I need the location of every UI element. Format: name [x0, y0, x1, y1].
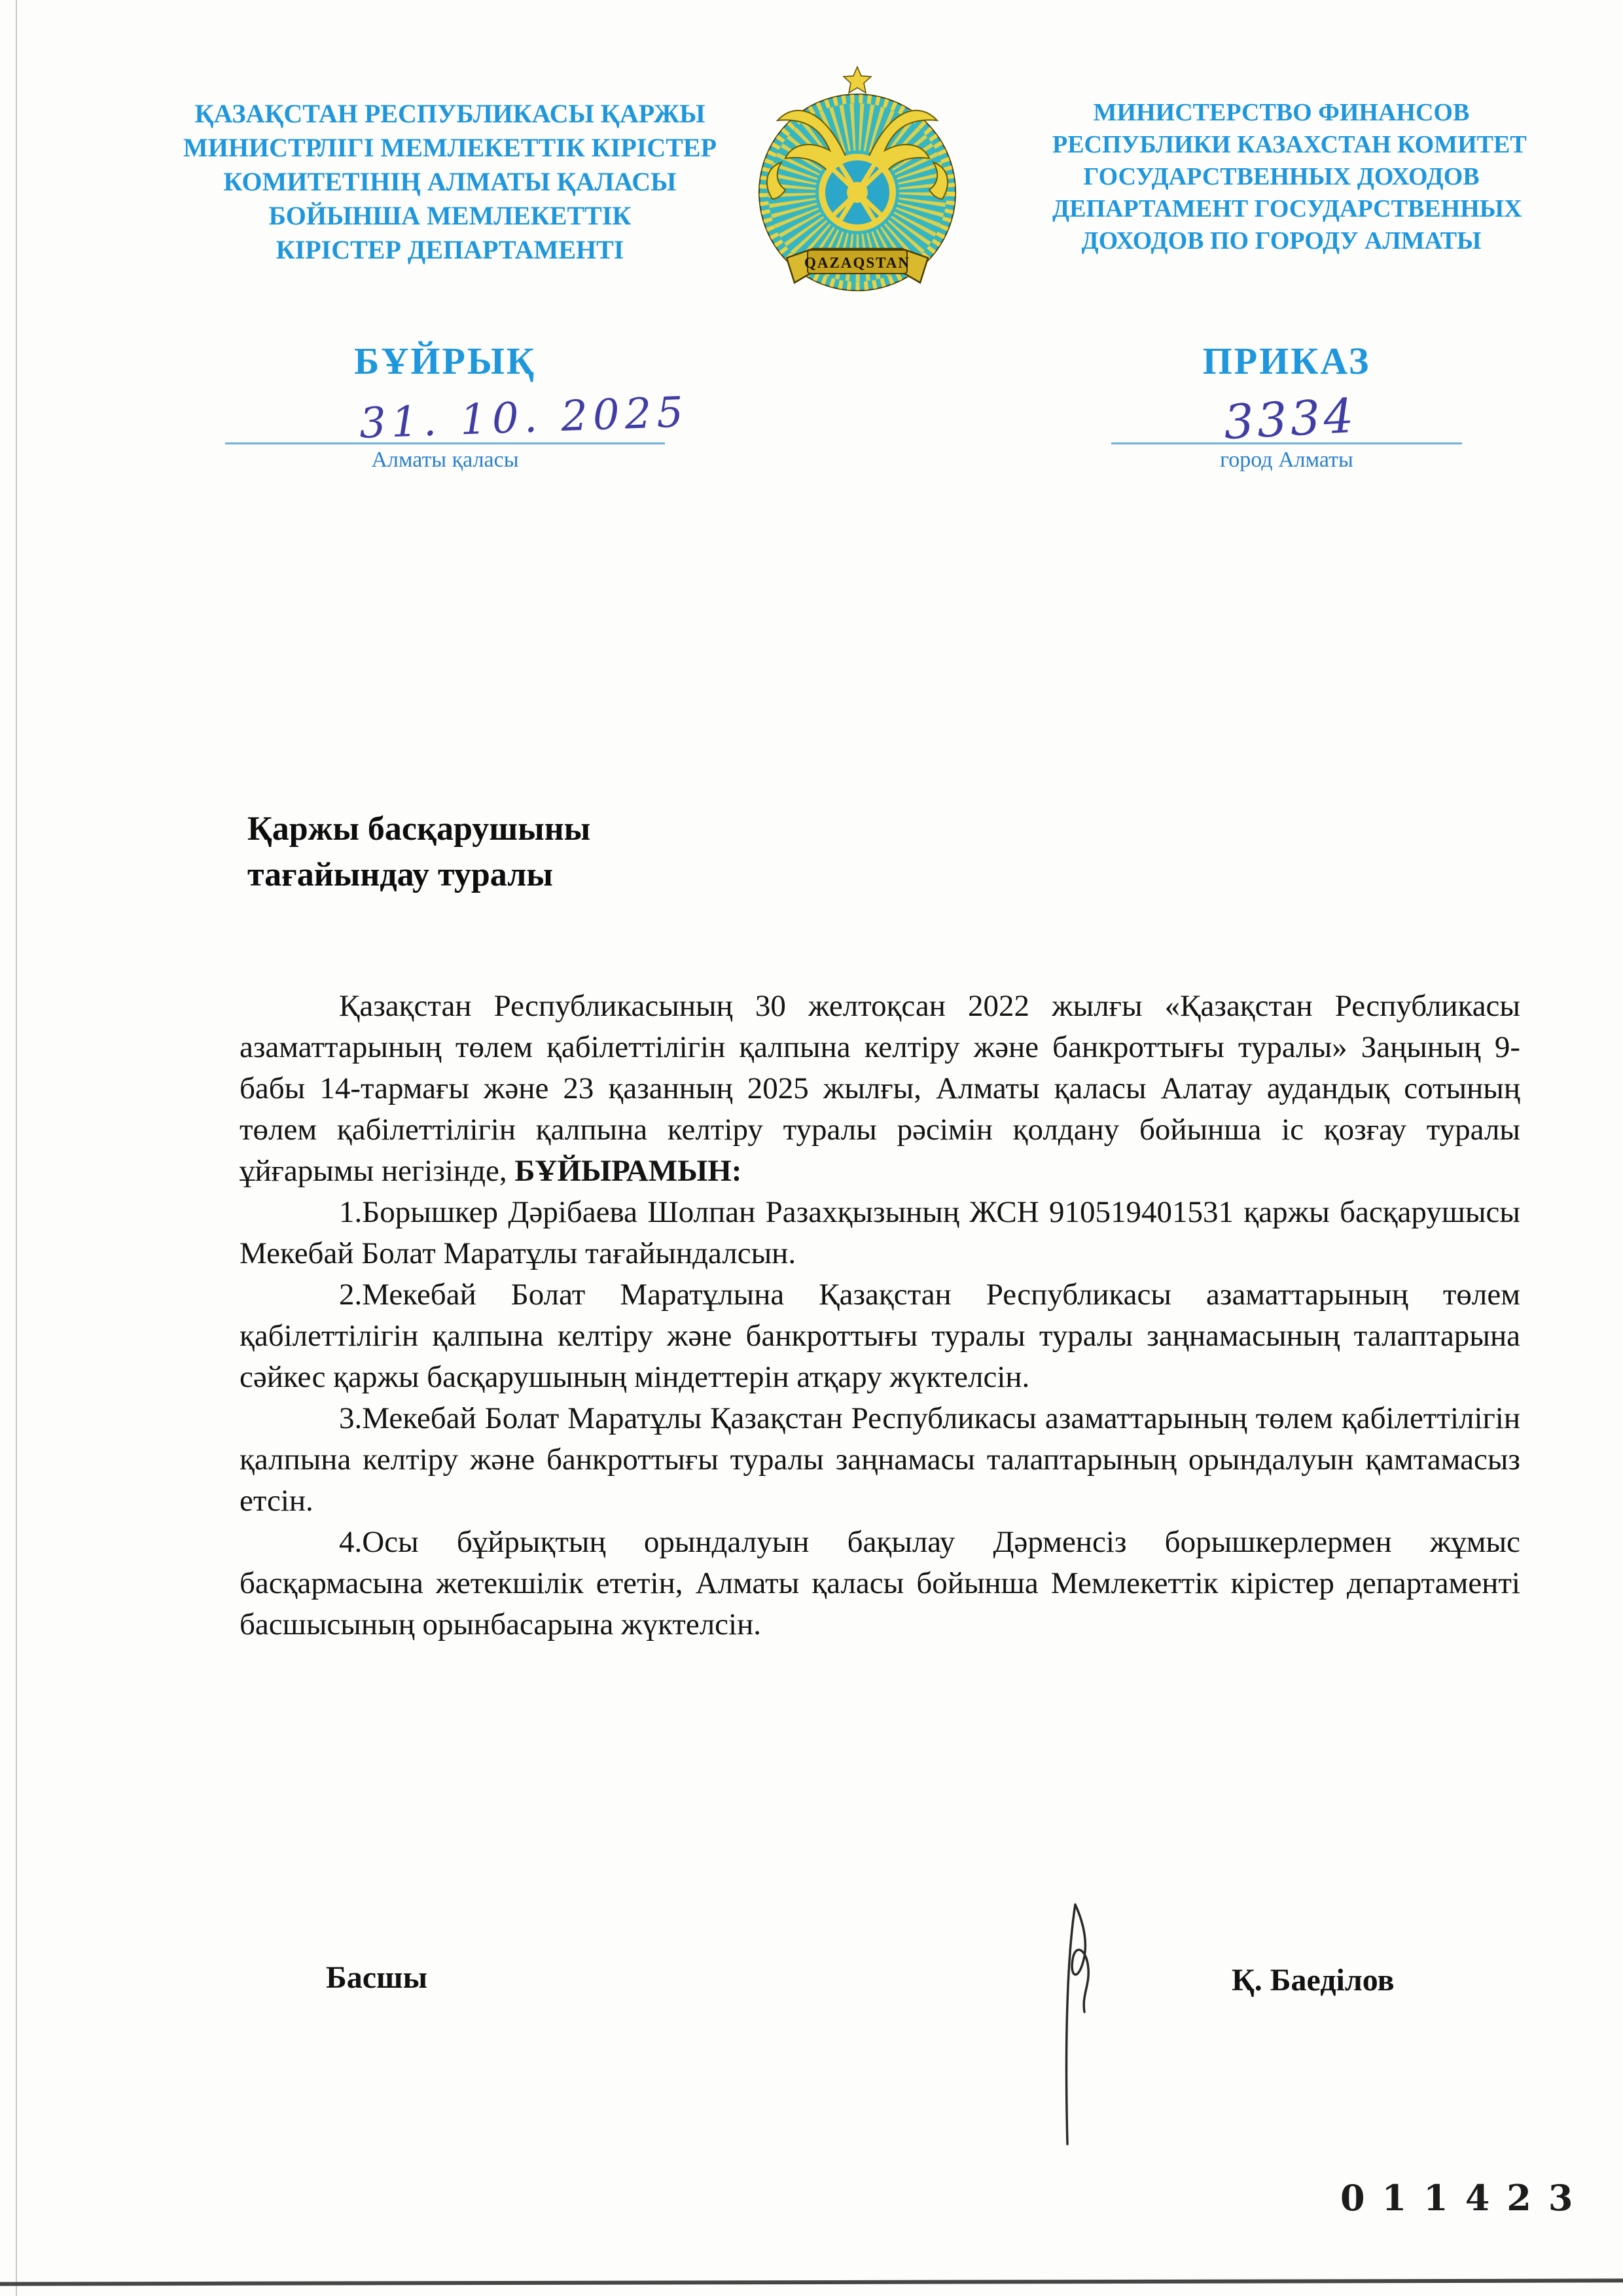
emblem-banner-text: QAZAQSTAN	[804, 255, 910, 271]
emblem-star-icon	[844, 67, 871, 93]
org-ru-line-5: ДОХОДОВ ПО ГОРОДУ АЛМАТЫ	[1052, 225, 1510, 257]
document-title: Қаржы басқарушыны тағайындау туралы	[247, 806, 590, 898]
org-kk-line-4: БОЙЫНША МЕМЛЕКЕТТІК	[160, 199, 740, 233]
document-page: ҚАЗАҚСТАН РЕСПУБЛИКАСЫ ҚАРЖЫ МИНИСТРЛІГІ…	[0, 0, 1623, 2296]
paragraph-item-1: 1.Борышкер Дәрібаева Шолпан Разахқызының…	[240, 1192, 1520, 1274]
org-ru-line-4: ДЕПАРТАМЕНТ ГОСУДАРСТВЕННЫХ	[1052, 193, 1510, 225]
place-label-ru: город Алматы	[1111, 448, 1462, 473]
scan-edge-bottom	[0, 2278, 1623, 2286]
document-title-line-1: Қаржы басқарушыны	[247, 806, 590, 852]
signatory-position: Басшы	[326, 1960, 427, 1996]
scan-edge-left	[16, 0, 17, 2296]
order-head-russian: ПРИКАЗ 3334 город Алматы	[1111, 0, 1462, 170]
handwritten-date: 31. 10. 2025	[359, 388, 689, 448]
paragraph-item-3: 3.Мекебай Болат Маратұлы Қазақстан Респу…	[240, 1398, 1520, 1522]
signature-icon	[1037, 1897, 1142, 2152]
form-number-stamp: 011423	[1340, 2177, 1590, 2219]
preamble-text: Қазақстан Республикасының 30 желтоқсан 2…	[240, 989, 1520, 1188]
kazakhstan-coat-of-arms-icon: QAZAQSTAN	[753, 64, 962, 297]
org-kk-line-5: КІРІСТЕР ДЕПАРТАМЕНТІ	[160, 233, 740, 267]
order-head-kazakh: БҰЙРЫҚ 31. 10. 2025 Алматы қаласы	[225, 0, 665, 170]
handwritten-order-number: 3334	[1222, 388, 1358, 450]
place-label-kk: Алматы қаласы	[225, 448, 665, 473]
document-title-line-2: тағайындау туралы	[247, 852, 590, 898]
order-verb: БҰЙЫРАМЫН:	[514, 1154, 741, 1188]
paragraph-preamble: Қазақстан Республикасының 30 желтоқсан 2…	[240, 986, 1520, 1192]
paragraph-item-2: 2.Мекебай Болат Маратұлына Қазақстан Рес…	[240, 1274, 1520, 1398]
signatory-name: Қ. Баеділов	[1232, 1962, 1394, 1998]
number-rule	[1111, 442, 1462, 444]
paragraph-item-4: 4.Осы бұйрықтың орындалуын бақылау Дәрме…	[240, 1522, 1520, 1645]
order-body: Қазақстан Республикасының 30 желтоқсан 2…	[240, 986, 1520, 1645]
date-rule	[225, 442, 665, 444]
